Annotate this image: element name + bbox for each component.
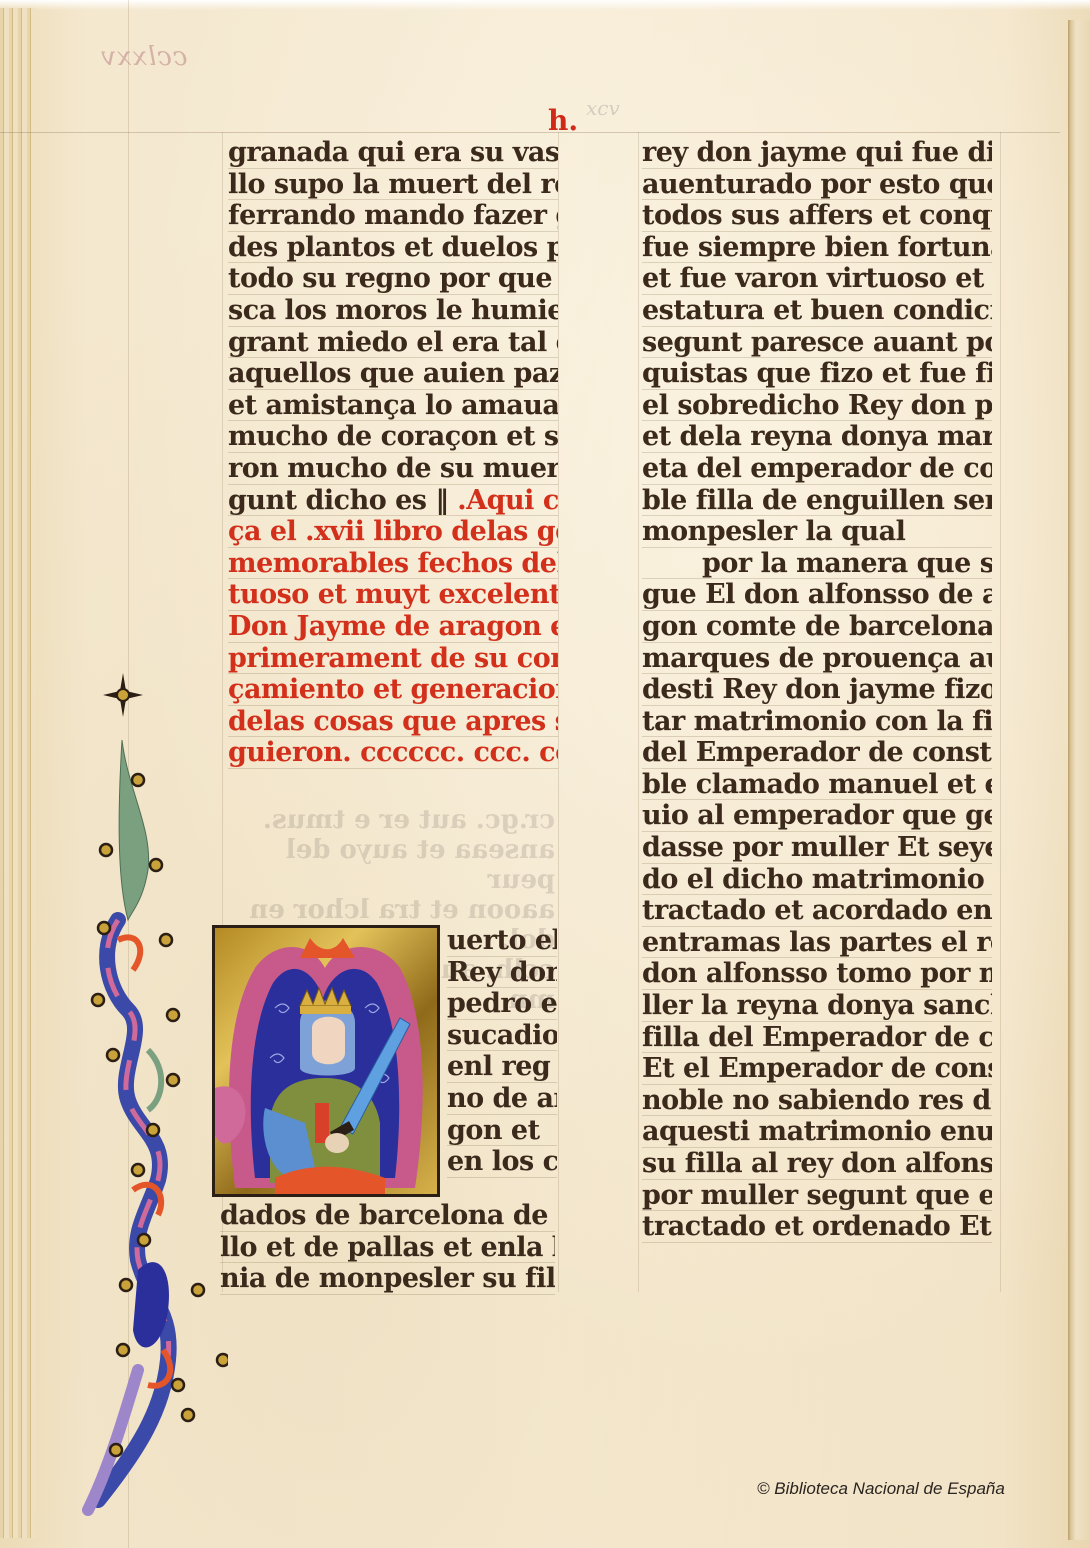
text-line: pedro e: [447, 988, 557, 1020]
gold-star-icon: [103, 673, 143, 717]
text-line: uio al emperador que gela e: [642, 800, 992, 832]
text-line: todos sus affers et conquistas: [642, 200, 992, 232]
text-line: segunt paresce auant por las con: [642, 327, 992, 359]
text-line: et amistança lo amauan: [228, 390, 558, 422]
text-line: no de ara: [447, 1083, 557, 1115]
rubric-line: memorables fechos del vir: [228, 548, 558, 580]
text-line: del Emperador de constantino: [642, 737, 992, 769]
marginal-foliage-border-icon: [78, 670, 228, 1520]
text-beside-initial: uerto el Rey don pedro e sucadio enl reg…: [447, 925, 557, 1178]
text-line: eta del emperador de constantino: [642, 453, 992, 485]
text-line: ller la reyna donya sancha: [642, 990, 992, 1022]
faded-folio-number: cclxxv: [100, 42, 187, 72]
text-line: mucho de coraçon et se dolie: [228, 421, 558, 453]
text-line-mixed: gunt dicho es ‖ .Aqui comie: [228, 485, 558, 517]
faded-folio-number-secondary: xcv: [586, 96, 620, 120]
ruling-line-col2-right: [1000, 132, 1001, 1292]
text-line: nia de monpesler su fillo el: [220, 1263, 555, 1295]
text-line: aquesti matrimonio enuio: [642, 1116, 992, 1148]
text-line: quistas que fizo et fue fillo de: [642, 358, 992, 390]
text-line: fue siempre bien fortunado: [642, 232, 992, 264]
manuscript-page: cclxxv h. xcv granada qui era su vassa l…: [0, 0, 1090, 1548]
text-line: por muller segunt que era e: [642, 1180, 992, 1212]
right-column-text: rey don jayme qui fue dicho auenturado p…: [642, 137, 992, 1243]
page-stack-left-edge: [0, 8, 36, 1538]
rubric-line: Don Jayme de aragon et: [228, 611, 558, 643]
rubric-line: primerament de su comie: [228, 643, 558, 675]
text-line: gue El don alfonsso de ara: [642, 579, 992, 611]
rubric-line: tuoso et muyt excelent Rey: [228, 579, 558, 611]
text-line: ferrando mando fazer gran: [228, 200, 558, 232]
text-line: Et el Emperador de constanti: [642, 1053, 992, 1085]
text-line: dados de barcelona de rosse: [220, 1200, 555, 1232]
text-line: sca los moros le humiesse: [228, 295, 558, 327]
text-line: uerto el: [447, 925, 557, 957]
text-line: el sobredicho Rey don pedro: [642, 390, 992, 422]
text-line: marques de prouença auuelo: [642, 643, 992, 675]
text-line: do el dicho matrimonio ya: [642, 864, 992, 896]
text-line: ble filla de enguillen senyor de: [642, 485, 992, 517]
rubric-line: ça el .xvii libro delas gestas e: [228, 516, 558, 548]
text-line: granada qui era su vassa: [228, 137, 558, 169]
text-line: llo supo la muert del rey don: [228, 169, 558, 201]
text-line: estatura et buen condicion: [642, 295, 992, 327]
text-line: por la manera que se si: [642, 548, 992, 580]
text-line: enl reg: [447, 1051, 557, 1083]
text-line: gon comte de barcelona et: [642, 611, 992, 643]
text-line: tar matrimonio con la filla: [642, 706, 992, 738]
rubric-start: .Aqui comie: [448, 485, 558, 516]
text-line: sucadio: [447, 1020, 557, 1052]
text-line: et dela reyna donya maria ni: [642, 421, 992, 453]
text-line: des plantos et duelos por: [228, 232, 558, 264]
top-edge: [0, 0, 1090, 10]
text-line-black-part: gunt dicho es ‖: [228, 485, 448, 516]
text-line: grant miedo el era tal que: [228, 327, 558, 359]
ruling-line-top: [0, 132, 1060, 133]
copyright-credit: © Biblioteca Nacional de España: [757, 1479, 1005, 1499]
text-line: su filla al rey don alfonsso: [642, 1148, 992, 1180]
text-line: en los con: [447, 1146, 557, 1178]
rubric-line: çamiento et generacion et: [228, 674, 558, 706]
text-line: auenturado por esto que en: [642, 169, 992, 201]
text-line: entramas las partes el rey: [642, 927, 992, 959]
text-line: Rey don: [447, 957, 557, 989]
text-line: tractado et ordenado Et vinie: [642, 1211, 992, 1243]
text-line: desti Rey don jayme fizo trac: [642, 674, 992, 706]
rubric-line: delas cosas que apres se si: [228, 706, 558, 738]
gold-bezant-dots: [92, 774, 228, 1456]
text-line: tractado et acordado entre e: [642, 895, 992, 927]
text-line: noble no sabiendo res de: [642, 1085, 992, 1117]
ruling-line-col2-left: [638, 132, 639, 1292]
text-line: gon et: [447, 1115, 557, 1147]
text-line: rey don jayme qui fue dicho: [642, 137, 992, 169]
text-line: todo su regno por que va: [228, 263, 558, 295]
rubric-folio-mark: h.: [548, 104, 578, 137]
text-line: dasse por muller Et seyen: [642, 832, 992, 864]
text-line: ble clamado manuel et en: [642, 769, 992, 801]
ruling-line-col1-right: [558, 132, 559, 1292]
text-line: filla del Emperador de castiella: [642, 1022, 992, 1054]
text-line: et fue varon virtuoso et de bella: [642, 263, 992, 295]
rubric-line: guieron. cccccc. ccc. ccc.: [228, 737, 558, 769]
text-below-initial: dados de barcelona de rosse llo et de pa…: [220, 1200, 555, 1295]
text-line: don alfonsso tomo por mu: [642, 958, 992, 990]
text-line: monpesler la qual: [642, 516, 992, 548]
text-line: aquellos que auien paz conl: [228, 358, 558, 390]
page-edge-right: [1068, 20, 1090, 1540]
left-column-text: granada qui era su vassa llo supo la mue…: [228, 137, 558, 769]
king-portrait-icon: [215, 928, 437, 1194]
text-line: ron mucho de su muert se: [228, 453, 558, 485]
historiated-initial: [212, 925, 440, 1197]
text-line: llo et de pallas et enla baro: [220, 1232, 555, 1264]
